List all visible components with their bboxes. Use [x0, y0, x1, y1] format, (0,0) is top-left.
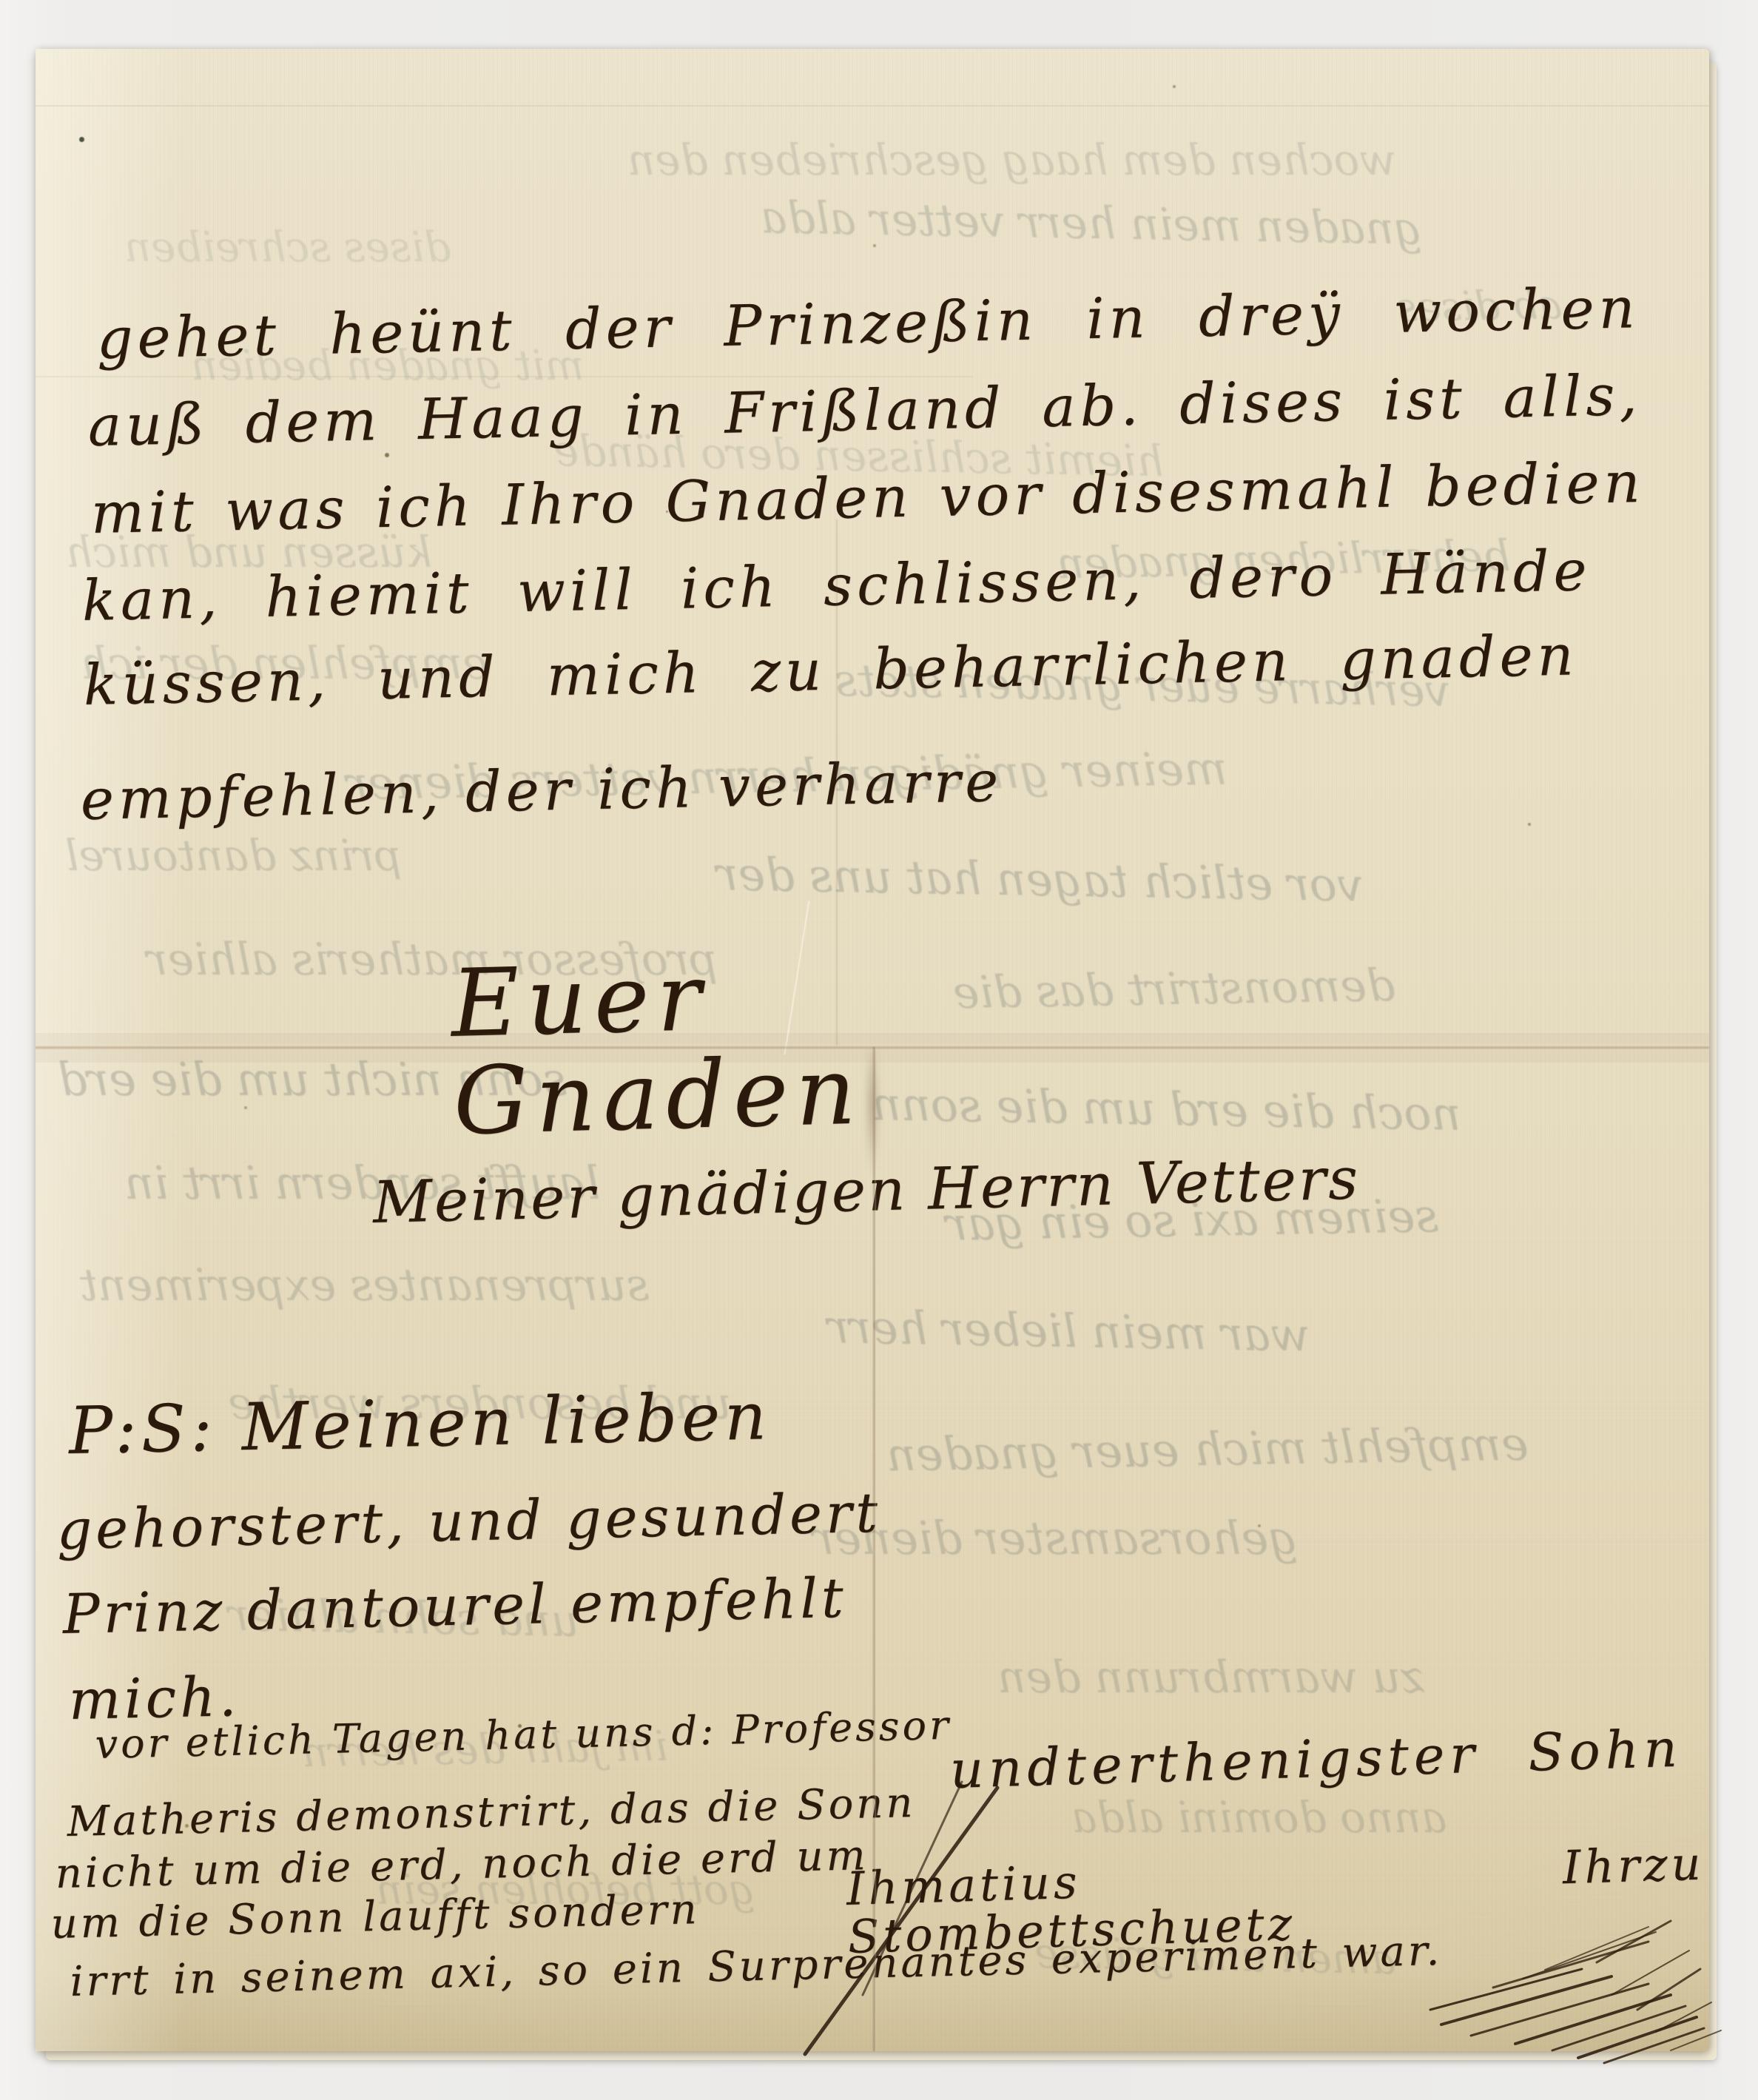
paper-speck — [244, 1106, 247, 1109]
top-pressure-line — [36, 105, 1709, 107]
handwritten-ink-line: Euer Gnaden — [450, 937, 1154, 1151]
paper-speck — [666, 511, 668, 513]
bleedthrough-ghost-line: prinz dantourel — [65, 833, 402, 878]
handwritten-ink-line: um die Sonn laufft sondern — [50, 1888, 700, 1947]
paper-speck — [79, 137, 84, 142]
bleedthrough-ghost-line: gnaden mein herr vetter alda — [761, 195, 1423, 253]
bleedthrough-ghost-line: zu warmbrunn den — [997, 1655, 1424, 1701]
paper-speck — [1258, 1524, 1261, 1527]
bleedthrough-ghost-line: dises schreiben — [124, 226, 451, 270]
bleedthrough-ghost-line: anno domini alda — [1071, 1795, 1447, 1840]
handwritten-ink-line: empfehlen, der ich verharre — [80, 752, 1003, 829]
letter-page: wochen dem haag geschrieben dengnaden me… — [36, 49, 1709, 2051]
bleedthrough-ghost-line: surprenantes experiment — [80, 1262, 650, 1309]
paper-speck — [1173, 85, 1176, 88]
paper-speck — [518, 1724, 522, 1728]
bleedthrough-ghost-line: wochen dem haag geschrieben den — [627, 138, 1396, 183]
paper-speck — [185, 1824, 189, 1828]
handwritten-ink-line: undterthenigster Sohn — [949, 1722, 1683, 1798]
bleedthrough-ghost-line: vor etlich tagen hat uns der — [715, 849, 1363, 909]
paper-speck — [873, 244, 876, 247]
handwritten-ink-line: mit was ich Ihro Gnaden vor disesmahl be… — [90, 453, 1645, 543]
handwritten-ink-line: P:S: Meinen lieben — [68, 1382, 772, 1465]
scan-background: wochen dem haag geschrieben dengnaden me… — [0, 0, 1758, 2100]
handwritten-ink-line: gehorstert, und gesundert — [56, 1485, 882, 1560]
signature-capital-flourish-icon — [775, 1773, 1012, 2069]
bleedthrough-ghost-line: gehorsamster diener — [812, 1514, 1298, 1562]
handwritten-ink-line: Prinz dantourel empfehlt — [62, 1570, 847, 1644]
handwritten-ink-line: gehet heünt der Prinzeßin in dreÿ wochen — [96, 278, 1640, 368]
paper-speck — [1528, 823, 1531, 826]
bleedthrough-ghost-line: empfehlt mich euer gnaden — [886, 1419, 1529, 1478]
signature-hatch-flourish-icon — [1427, 1899, 1722, 2069]
bleedthrough-ghost-line: war mein lieber herr — [826, 1302, 1310, 1359]
paper-speck — [385, 453, 389, 457]
